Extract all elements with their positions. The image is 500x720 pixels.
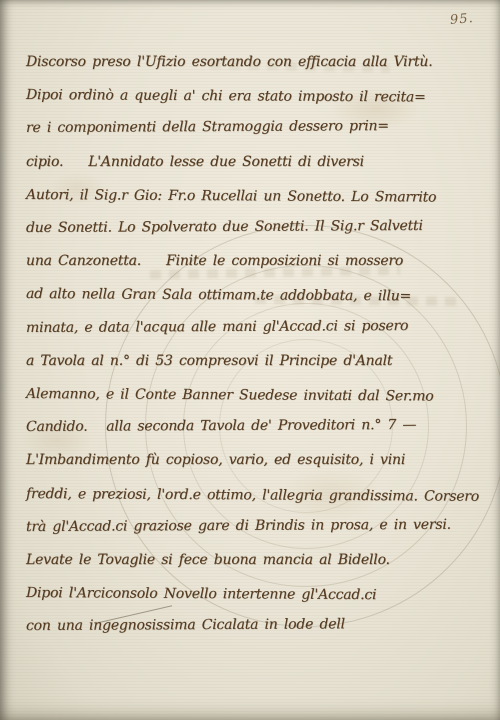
text-line: a Tavola al n.° di 53 compresovi il Prin… xyxy=(26,345,484,378)
text-line: minata, e data l'acqua alle mani gl'Acca… xyxy=(26,309,484,345)
text-line: Discorso preso l'Ufizio esortando con ef… xyxy=(26,46,484,79)
folio-page-number: 95. xyxy=(450,11,475,28)
text-line: re i componimenti della Stramoggia desse… xyxy=(26,110,484,146)
text-line: trà gl'Accad.ci graziose gare di Brindis… xyxy=(26,508,484,544)
text-line: L'Imbandimento fù copioso, vario, ed esq… xyxy=(26,444,484,477)
text-line: una Canzonetta. Finite le composizioni s… xyxy=(26,245,484,278)
manuscript-text: Discorso preso l'Ufizio esortando con ef… xyxy=(26,46,484,720)
manuscript-page: 95. Discorso preso l'Ufizio esortando co… xyxy=(0,0,500,720)
text-line: cipio. L'Annidato lesse due Sonetti di d… xyxy=(26,146,484,179)
text-line: con una ingegnosissima Cicalata in lode … xyxy=(26,608,484,644)
text-line: due Sonetti. Lo Spolverato due Sonetti. … xyxy=(26,210,484,246)
text-line: Candido. alla seconda Tavola de' Provedi… xyxy=(26,409,484,445)
text-line: Levate le Tovaglie si fece buona mancia … xyxy=(26,544,484,577)
